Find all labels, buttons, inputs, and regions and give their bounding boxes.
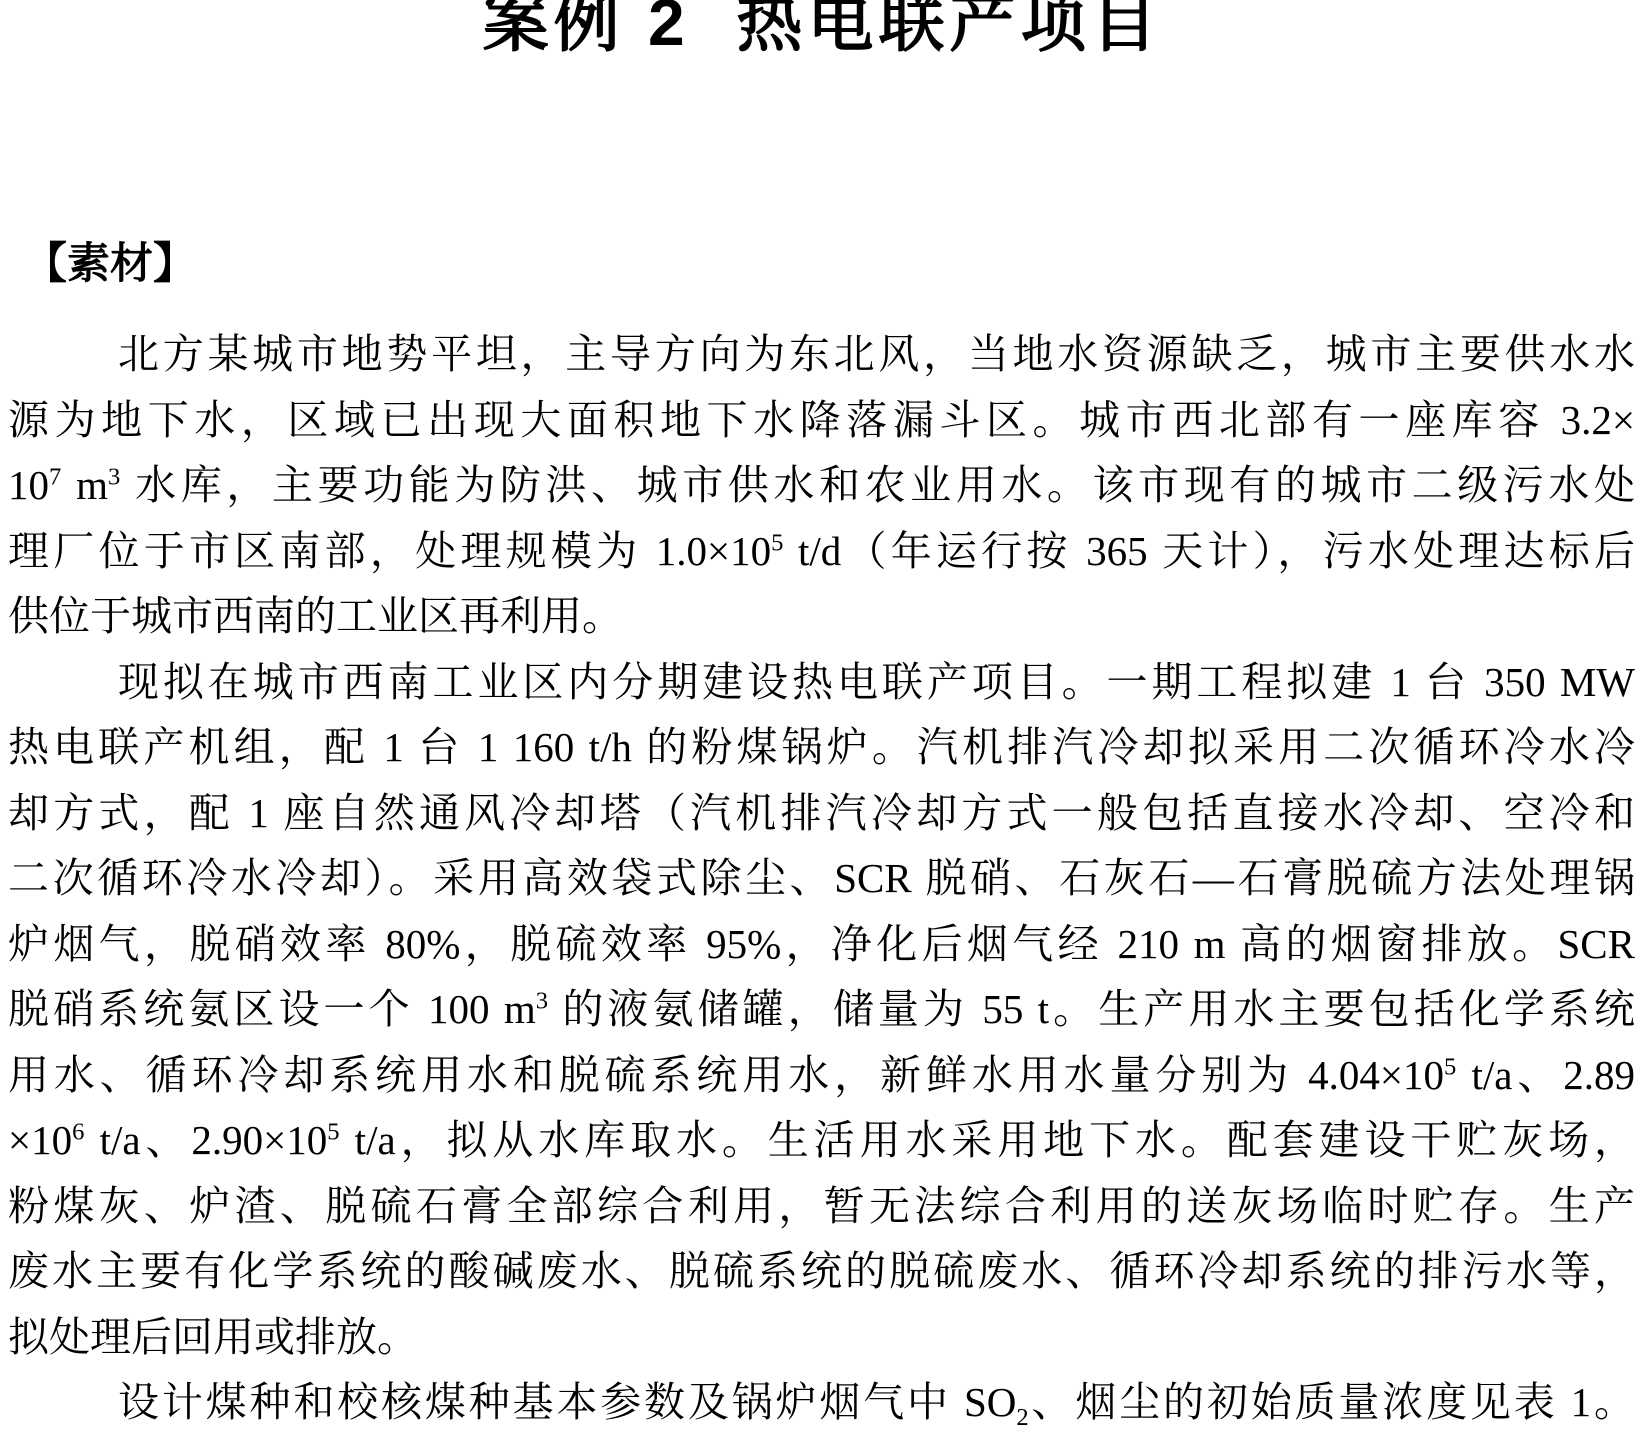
p1-line-1: 北方某城市地势平坦，主导方向为东北风，当地水资源缺乏，城市主要供水水 <box>8 322 1635 388</box>
p2-line-4: 二次循环冷水冷却）。采用高效袋式除尘、SCR 脱硝、石灰石—石膏脱硫方法处理锅 <box>8 846 1635 912</box>
superscript: 3 <box>108 464 120 491</box>
superscript: 5 <box>327 1119 339 1146</box>
text-run: 粉煤灰、炉渣、脱硫石膏全部综合利用，暂无法综合利用的送灰场临时贮存。生产 <box>8 1183 1635 1229</box>
superscript: 6 <box>72 1119 84 1146</box>
text-run: 二次循环冷水冷却）。采用高效袋式除尘、SCR 脱硝、石灰石—石膏脱硫方法处理锅 <box>8 855 1635 901</box>
p2-line-11: 拟处理后回用或排放。 <box>8 1305 1635 1371</box>
paragraph-3: 设计煤种和校核煤种基本参数及锅炉烟气中 SO2、烟尘的初始质量浓度见表 1。 <box>8 1370 1635 1436</box>
text-run: 10 <box>8 462 49 508</box>
p1-line-3: 107 m3 水库，主要功能为防洪、城市供水和农业用水。该市现有的城市二级污水处 <box>8 453 1635 519</box>
text-run: 现拟在城市西南工业区内分期建设热电联产项目。一期工程拟建 1 台 350 MW <box>118 659 1635 705</box>
text-run: 水库，主要功能为防洪、城市供水和农业用水。该市现有的城市二级污水处 <box>120 462 1635 508</box>
text-run: m <box>61 462 108 508</box>
superscript: 7 <box>49 464 61 491</box>
text-run: t/a、2.89 <box>1456 1052 1635 1098</box>
text-run: 炉烟气，脱硝效率 80%，脱硫效率 95%，净化后烟气经 210 m 高的烟窗排… <box>8 921 1635 967</box>
p2-line-8: ×106 t/a、2.90×105 t/a，拟从水库取水。生活用水采用地下水。配… <box>8 1108 1635 1174</box>
p2-line-3: 却方式，配 1 座自然通风冷却塔（汽机排汽冷却方式一般包括直接水冷却、空冷和 <box>8 781 1635 847</box>
text-run: t/a、2.90×10 <box>84 1117 327 1163</box>
text-run: 废水主要有化学系统的酸碱废水、脱硫系统的脱硫废水、循环冷却系统的排污水等， <box>8 1248 1635 1294</box>
superscript: 5 <box>1444 1053 1456 1080</box>
text-run: 热电联产机组，配 1 台 1 160 t/h 的粉煤锅炉。汽机排汽冷却拟采用二次… <box>8 724 1635 770</box>
text-run: 北方某城市地势平坦，主导方向为东北风，当地水资源缺乏，城市主要供水水 <box>118 331 1635 377</box>
p1-line-2: 源为地下水，区域已出现大面积地下水降落漏斗区。城市西北部有一座库容 3.2× <box>8 388 1635 454</box>
p2-line-7: 用水、循环冷却系统用水和脱硫系统用水，新鲜水用水量分别为 4.04×105 t/… <box>8 1043 1635 1109</box>
superscript: 5 <box>771 529 783 556</box>
text-run: t/a，拟从水库取水。生活用水采用地下水。配套建设干贮灰场， <box>340 1117 1635 1163</box>
text-run: 供位于城市西南的工业区再利用。 <box>8 593 623 639</box>
text-run: 、烟尘的初始质量浓度见表 1。 <box>1029 1379 1635 1425</box>
text-run: 却方式，配 1 座自然通风冷却塔（汽机排汽冷却方式一般包括直接水冷却、空冷和 <box>8 790 1635 836</box>
text-run: 源为地下水，区域已出现大面积地下水降落漏斗区。城市西北部有一座库容 3.2× <box>8 397 1635 443</box>
p2-line-1: 现拟在城市西南工业区内分期建设热电联产项目。一期工程拟建 1 台 350 MW <box>8 650 1635 716</box>
text-run: 的液氨储罐，储量为 55 t。生产用水主要包括化学系统 <box>548 986 1635 1032</box>
p2-line-2: 热电联产机组，配 1 台 1 160 t/h 的粉煤锅炉。汽机排汽冷却拟采用二次… <box>8 715 1635 781</box>
p3-line-1: 设计煤种和校核煤种基本参数及锅炉烟气中 SO2、烟尘的初始质量浓度见表 1。 <box>8 1370 1635 1436</box>
p2-line-5: 炉烟气，脱硝效率 80%，脱硫效率 95%，净化后烟气经 210 m 高的烟窗排… <box>8 912 1635 978</box>
section-heading-sucai: 【素材】 <box>24 243 1645 286</box>
paragraph-1: 北方某城市地势平坦，主导方向为东北风，当地水资源缺乏，城市主要供水水 源为地下水… <box>8 322 1635 650</box>
p2-line-6: 脱硝系统氨区设一个 100 m3 的液氨储罐，储量为 55 t。生产用水主要包括… <box>8 977 1635 1043</box>
document-page: 案例 2 热电联产项目 【素材】 北方某城市地势平坦，主导方向为东北风，当地水资… <box>0 0 1645 1441</box>
text-run: ×10 <box>8 1117 72 1163</box>
p2-line-10: 废水主要有化学系统的酸碱废水、脱硫系统的脱硫废水、循环冷却系统的排污水等， <box>8 1239 1635 1305</box>
text-run: 设计煤种和校核煤种基本参数及锅炉烟气中 SO <box>118 1379 1016 1425</box>
text-run: 脱硝系统氨区设一个 100 m <box>8 986 536 1032</box>
text-run: 拟处理后回用或排放。 <box>8 1314 418 1360</box>
body-text: 北方某城市地势平坦，主导方向为东北风，当地水资源缺乏，城市主要供水水 源为地下水… <box>0 322 1645 1436</box>
superscript: 3 <box>536 988 548 1015</box>
p1-line-5: 供位于城市西南的工业区再利用。 <box>8 584 1635 650</box>
subscript: 2 <box>1016 1404 1028 1431</box>
text-run: t/d（年运行按 365 天计），污水处理达标后 <box>783 528 1635 574</box>
p2-line-9: 粉煤灰、炉渣、脱硫石膏全部综合利用，暂无法综合利用的送灰场临时贮存。生产 <box>8 1174 1635 1240</box>
p1-line-4: 理厂位于市区南部，处理规模为 1.0×105 t/d（年运行按 365 天计），… <box>8 519 1635 585</box>
text-run: 用水、循环冷却系统用水和脱硫系统用水，新鲜水用水量分别为 4.04×10 <box>8 1052 1444 1098</box>
paragraph-2: 现拟在城市西南工业区内分期建设热电联产项目。一期工程拟建 1 台 350 MW … <box>8 650 1635 1371</box>
page-title: 案例 2 热电联产项目 <box>0 0 1645 57</box>
text-run: 理厂位于市区南部，处理规模为 1.0×10 <box>8 528 771 574</box>
